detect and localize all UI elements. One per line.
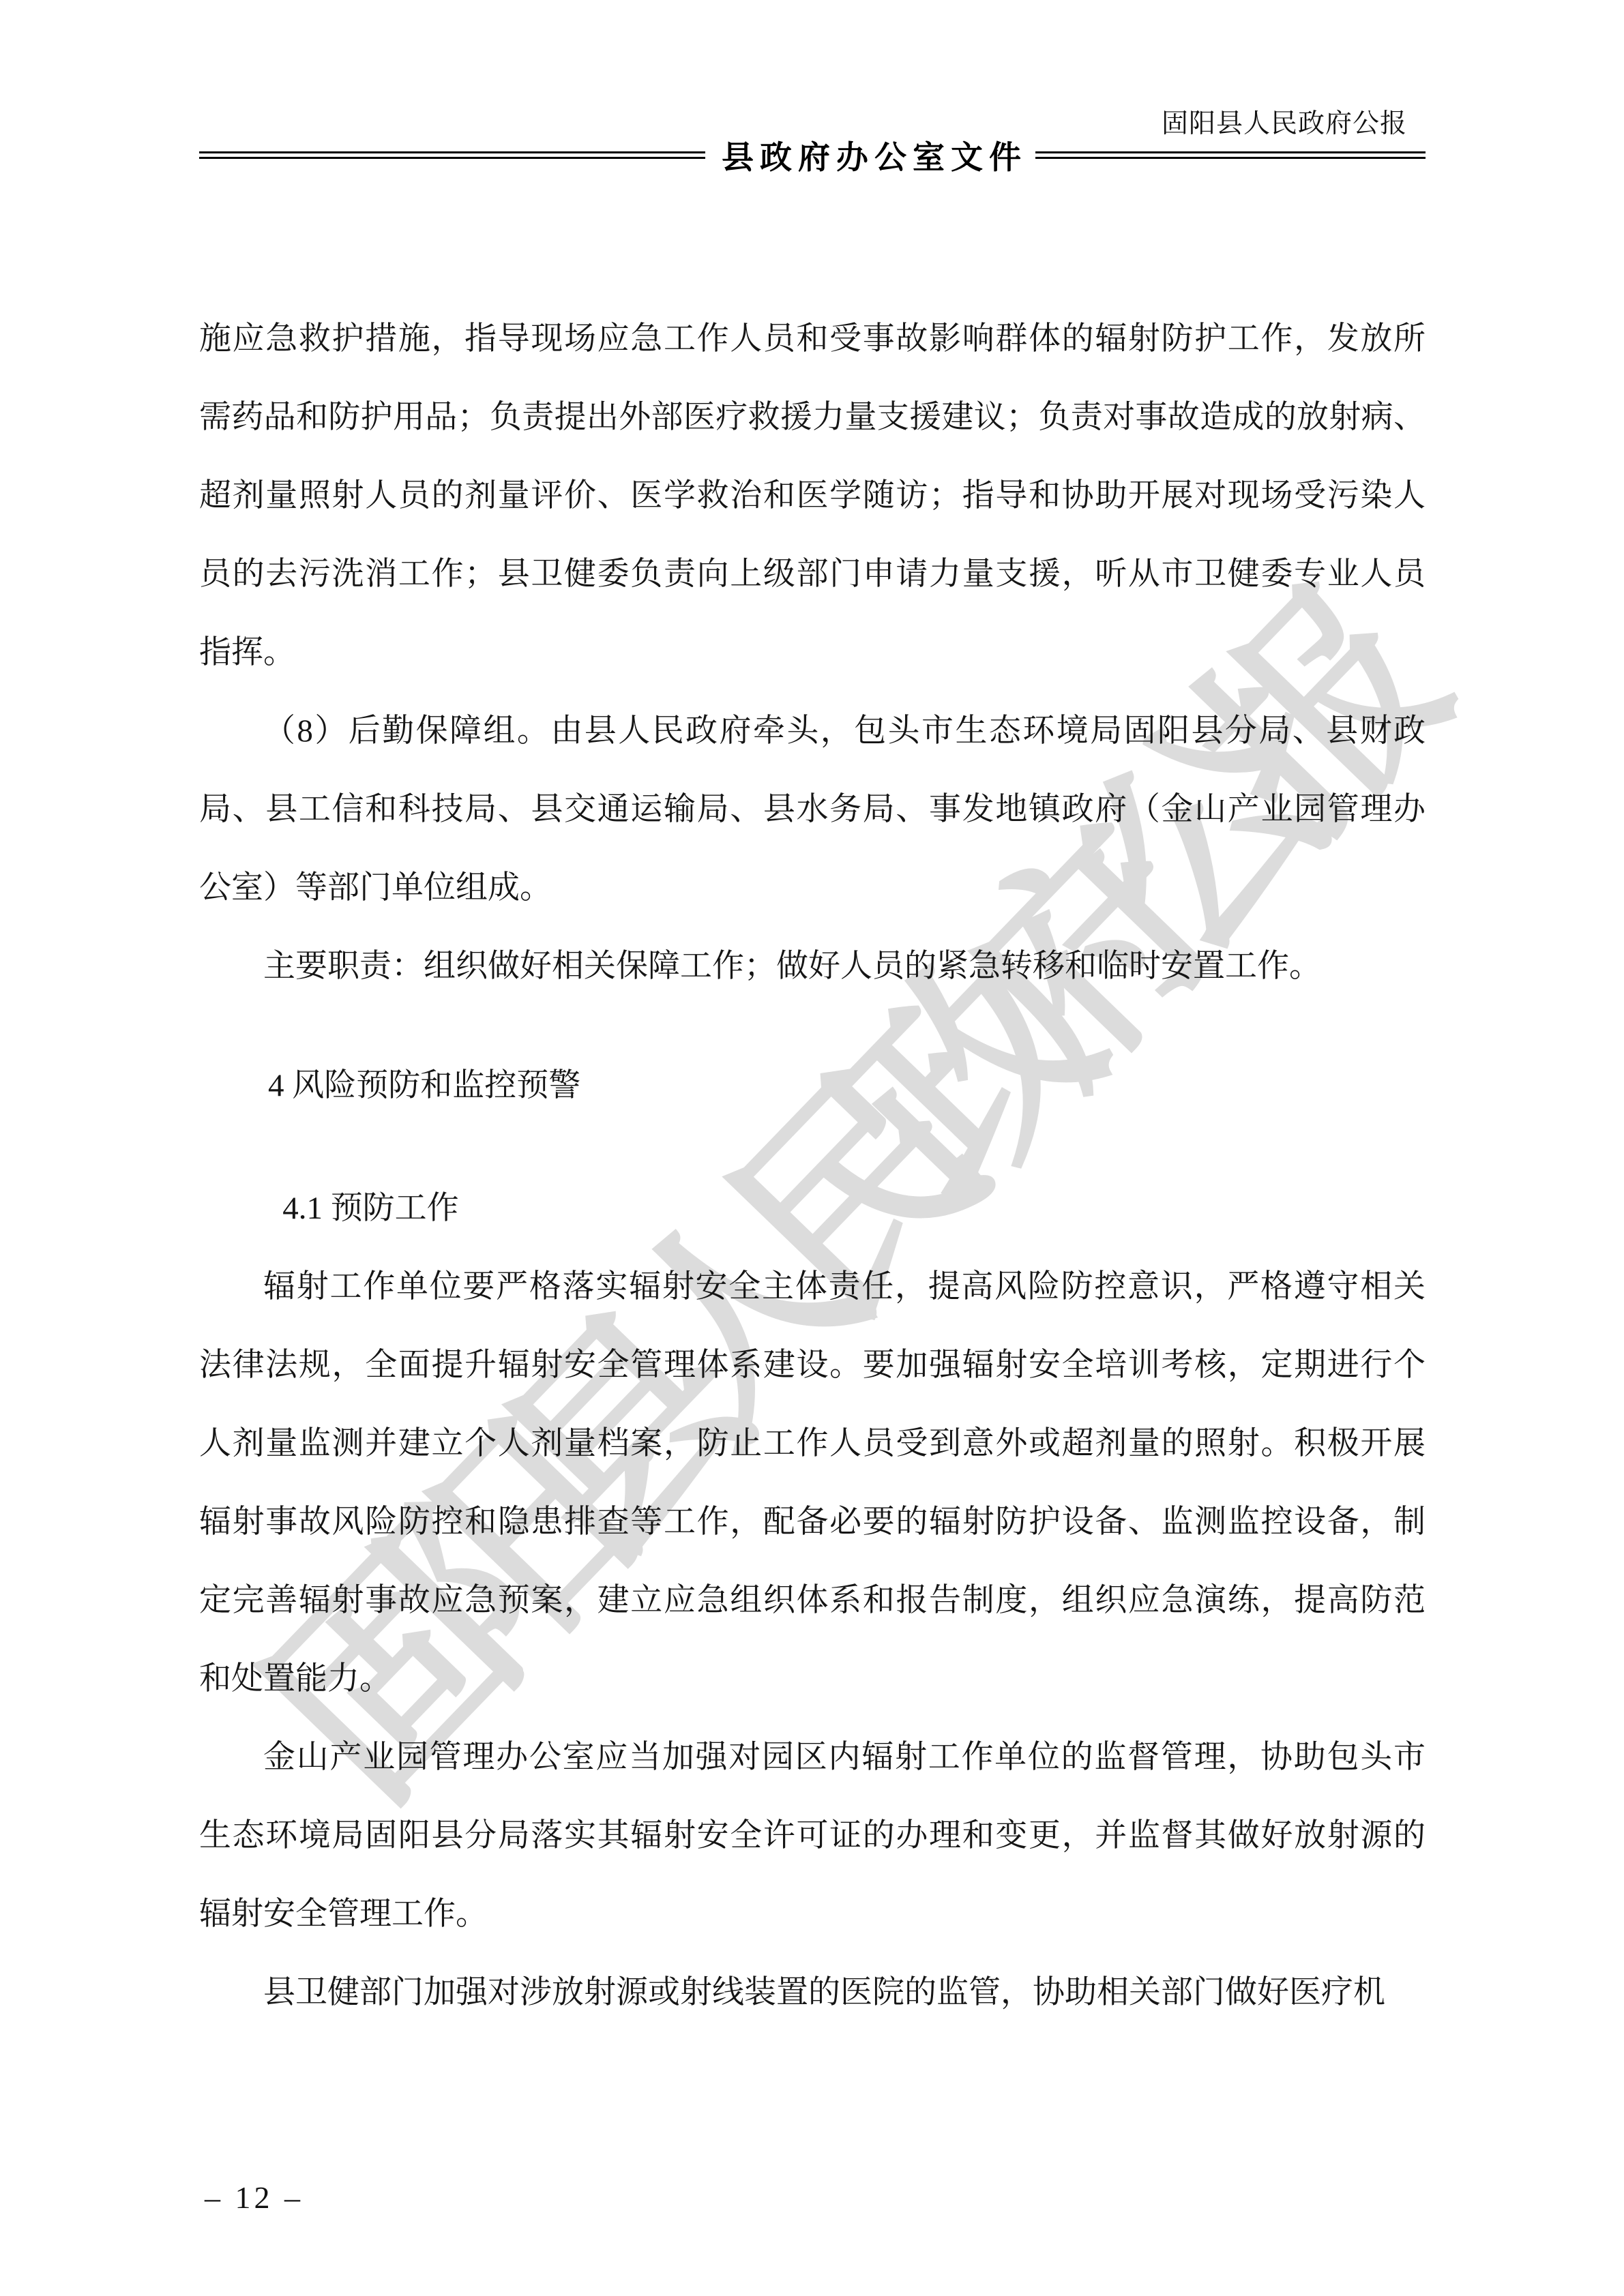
body-line: 法律法规，全面提升辐射安全管理体系建设。要加强辐射安全培训考核，定期进行个	[199, 1326, 1426, 1405]
body-line: 员的去污洗消工作；县卫健委负责向上级部门申请力量支援，听从市卫健委专业人员	[199, 535, 1426, 614]
header-double-rule-left	[199, 151, 705, 159]
document-body: 施应急救护措施，指导现场应急工作人员和受事故影响群体的辐射防护工作，发放所需药品…	[199, 300, 1426, 2032]
body-line: 辐射工作单位要严格落实辐射安全主体责任，提高风险防控意识，严格遵守相关	[199, 1248, 1426, 1326]
body-line: 4.1 预防工作	[199, 1169, 1426, 1248]
header-banner: 县政府办公室文件	[199, 134, 1426, 176]
body-line: 县卫健部门加强对涉放射源或射线装置的医院的监管，协助相关部门做好医疗机	[199, 1954, 1426, 2032]
body-line: 需药品和防护用品；负责提出外部医疗救援力量支援建议；负责对事故造成的放射病、	[199, 378, 1426, 457]
body-line: 生态环境局固阳县分局落实其辐射安全许可证的办理和变更，并监督其做好放射源的	[199, 1797, 1426, 1875]
body-line: 主要职责：组织做好相关保障工作；做好人员的紧急转移和临时安置工作。	[199, 927, 1426, 1006]
body-line: 指挥。	[199, 614, 1426, 692]
body-line: 辐射安全管理工作。	[199, 1875, 1426, 1954]
body-line: 施应急救护措施，指导现场应急工作人员和受事故影响群体的辐射防护工作，发放所	[199, 300, 1426, 378]
body-line: 4 风险预防和监控预警	[199, 1047, 1426, 1125]
page-number: – 12 –	[205, 2179, 304, 2216]
header-banner-text: 县政府办公室文件	[705, 132, 1035, 178]
body-line: 和处置能力。	[199, 1640, 1426, 1718]
document-page: 固阳县人民政府公报 固阳县人民政府公报 县政府办公室文件 施应急救护措施，指导现…	[0, 0, 1624, 2296]
body-line: 超剂量照射人员的剂量评价、医学救治和医学随访；指导和协助开展对现场受污染人	[199, 457, 1426, 535]
body-line: 辐射事故风险防控和隐患排查等工作，配备必要的辐射防护设备、监测监控设备，制	[199, 1483, 1426, 1562]
body-line: 定完善辐射事故应急预案，建立应急组织体系和报告制度，组织应急演练，提高防范	[199, 1562, 1426, 1640]
body-line: 公室）等部门单位组成。	[199, 849, 1426, 927]
body-line: 人剂量监测并建立个人剂量档案，防止工作人员受到意外或超剂量的照射。积极开展	[199, 1405, 1426, 1483]
body-line: 局、县工信和科技局、县交通运输局、县水务局、事发地镇政府（金山产业园管理办	[199, 771, 1426, 849]
body-line: （8）后勤保障组。由县人民政府牵头，包头市生态环境局固阳县分局、县财政	[199, 692, 1426, 771]
header-double-rule-right	[1035, 151, 1426, 159]
body-line: 金山产业园管理办公室应当加强对园区内辐射工作单位的监督管理，协助包头市	[199, 1718, 1426, 1797]
